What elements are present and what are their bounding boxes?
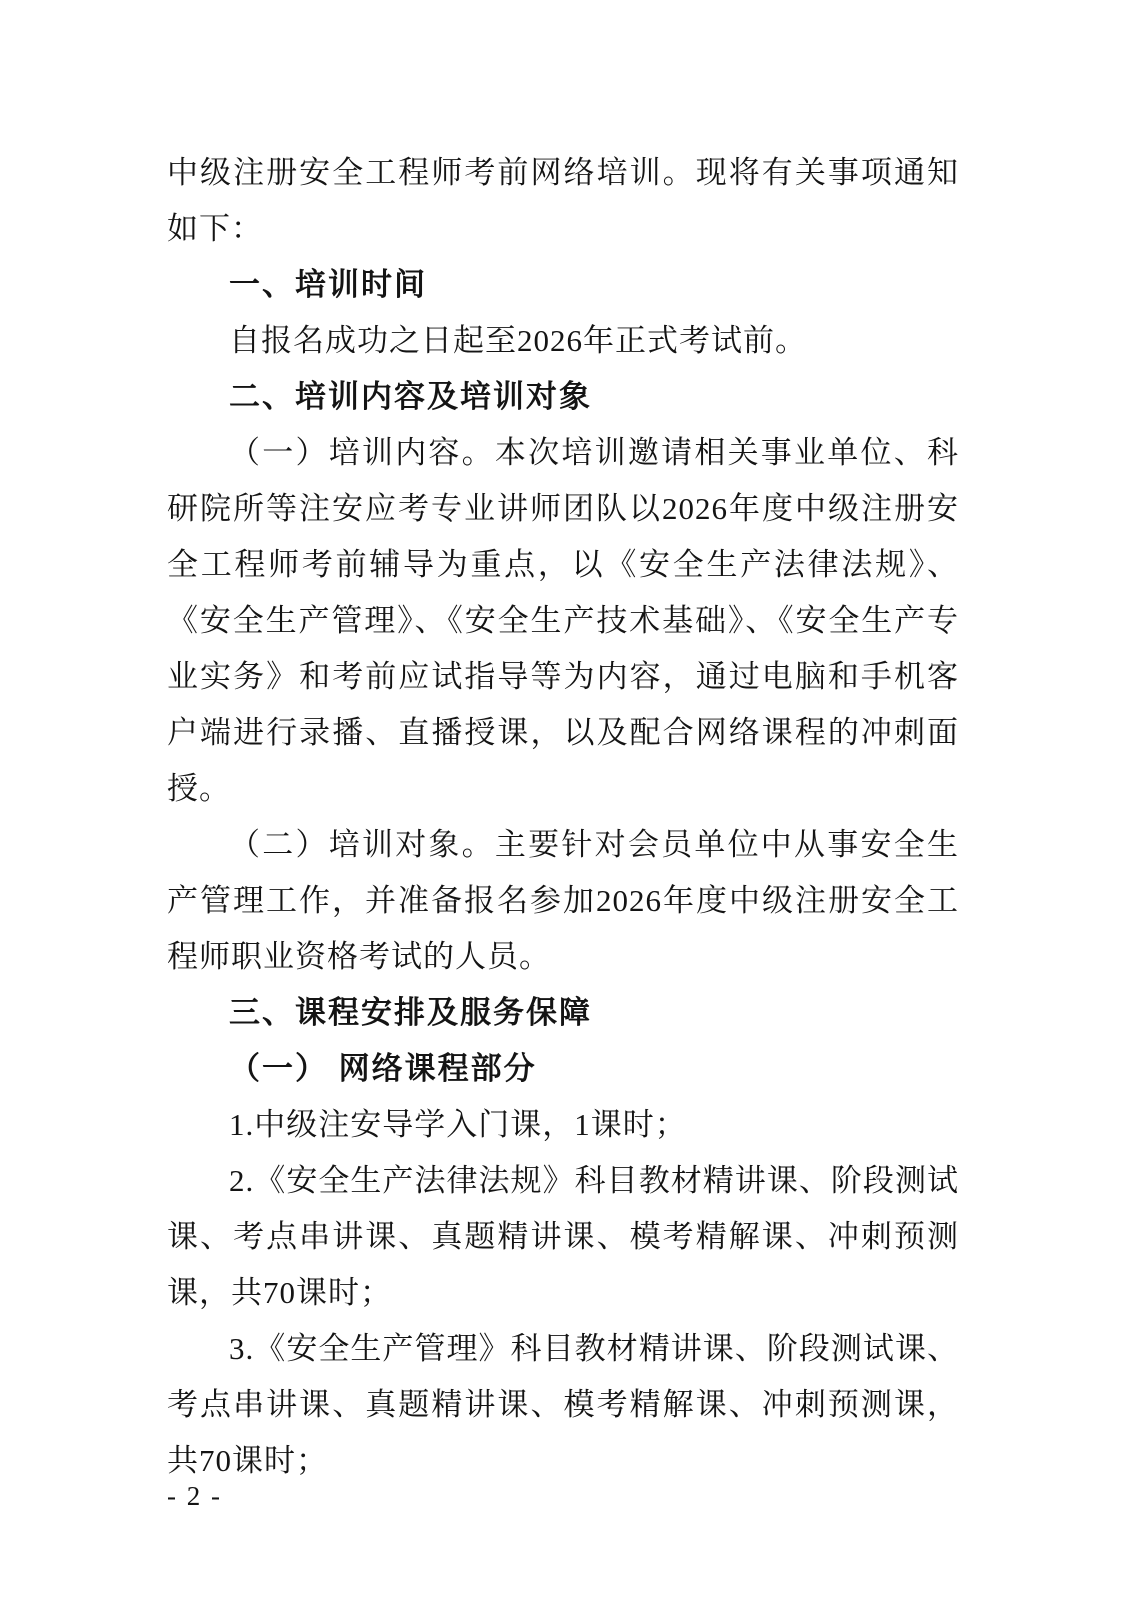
list-item-course-3: 3.《安全生产管理》科目教材精讲课、阶段测试课、考点串讲课、真题精讲课、模考精解… xyxy=(167,1321,959,1489)
paragraph-training-time: 自报名成功之日起至2026年正式考试前。 xyxy=(167,313,959,369)
list-item-course-2: 2.《安全生产法律法规》科目教材精讲课、阶段测试课、考点串讲课、真题精讲课、模考… xyxy=(167,1153,959,1321)
heading-training-time: 一、培训时间 xyxy=(167,257,959,313)
paragraph-training-targets: （二）培训对象。主要针对会员单位中从事安全生产管理工作，并准备报名参加2026年… xyxy=(167,817,959,985)
document-body: 中级注册安全工程师考前网络培训。现将有关事项通知如下： 一、培训时间 自报名成功… xyxy=(167,145,959,1489)
page-number: - 2 - xyxy=(167,1480,222,1512)
heading-training-content-targets: 二、培训内容及培训对象 xyxy=(167,369,959,425)
list-item-course-1: 1.中级注安导学入门课，1课时； xyxy=(167,1097,959,1153)
document-page: 中级注册安全工程师考前网络培训。现将有关事项通知如下： 一、培训时间 自报名成功… xyxy=(0,0,1131,1600)
paragraph-continuation: 中级注册安全工程师考前网络培训。现将有关事项通知如下： xyxy=(167,145,959,257)
paragraph-training-content: （一）培训内容。本次培训邀请相关事业单位、科研院所等注安应考专业讲师团队以202… xyxy=(167,425,959,817)
heading-course-schedule: 三、课程安排及服务保障 xyxy=(167,985,959,1041)
subheading-online-course-section: （一） 网络课程部分 xyxy=(167,1041,959,1097)
